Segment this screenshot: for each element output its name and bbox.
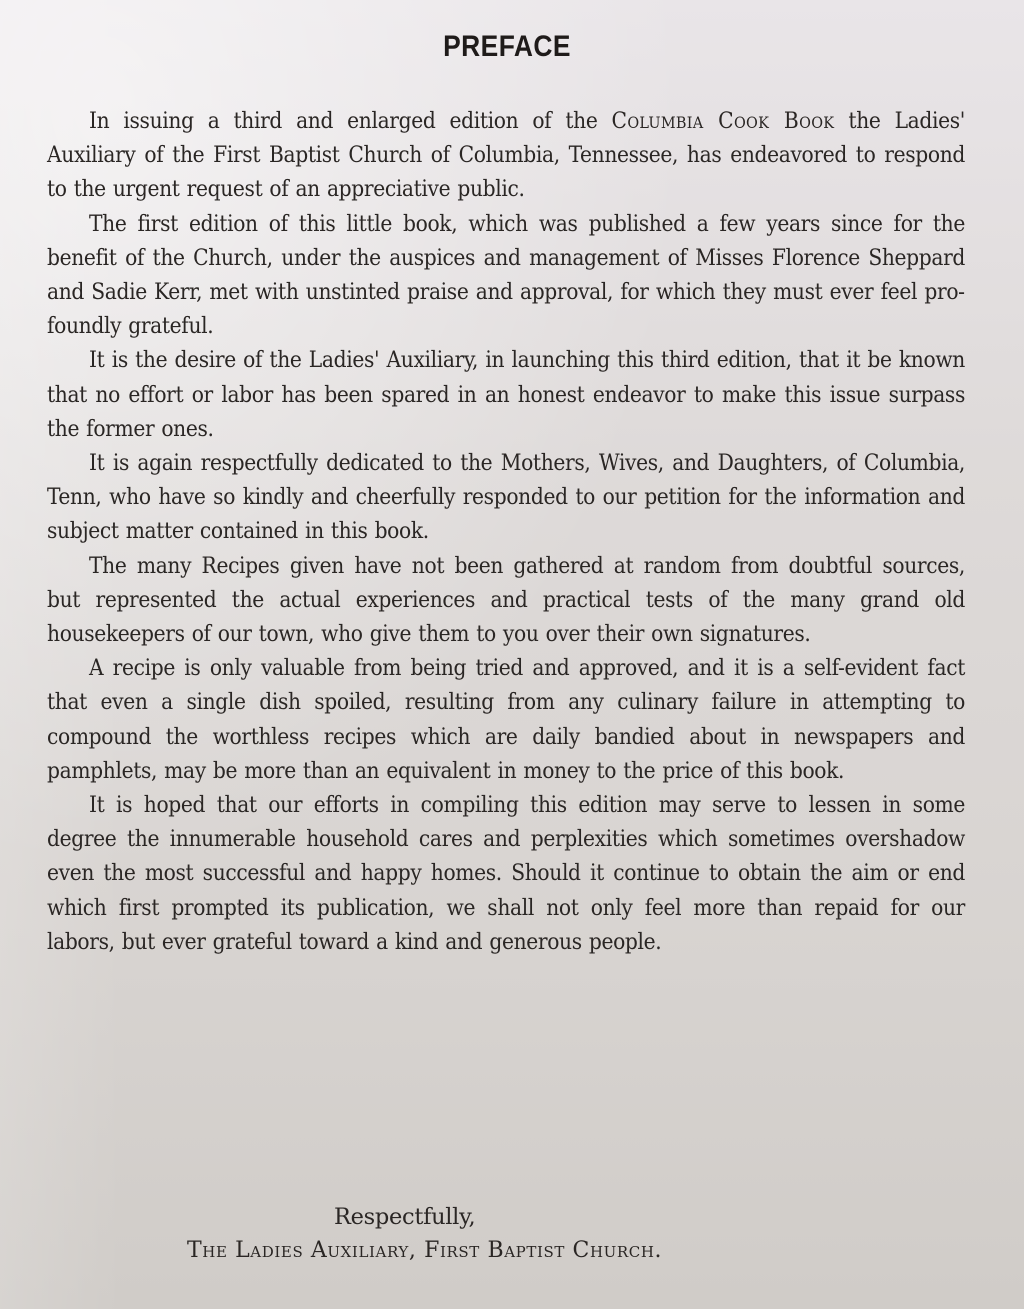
paragraph-1-text: In issuing a third and enlarged edition … (89, 108, 612, 134)
paragraph-7: It is hoped that our efforts in compilin… (47, 788, 965, 959)
closing-signature: The Ladies Auxiliary, First Baptist Chur… (187, 1234, 662, 1268)
paragraph-1: In issuing a third and enlarged edition … (47, 104, 965, 207)
paragraph-4: It is again respectfully dedicated to th… (47, 446, 965, 549)
paragraph-2: The first edition of this little book, w… (47, 207, 965, 344)
preface-body: In issuing a third and enlarged edition … (47, 104, 965, 959)
paragraph-6: A recipe is only valuable from being tri… (47, 651, 965, 788)
closing-salutation: Respectfully, (334, 1200, 475, 1234)
page-title: PREFACE (102, 30, 912, 64)
paragraph-3: It is the desire of the Ladies' Auxiliar… (47, 343, 965, 446)
paragraph-5: The many Recipes given have not been gat… (47, 549, 965, 652)
book-name-small-caps: Columbia Cook Book (612, 108, 835, 134)
